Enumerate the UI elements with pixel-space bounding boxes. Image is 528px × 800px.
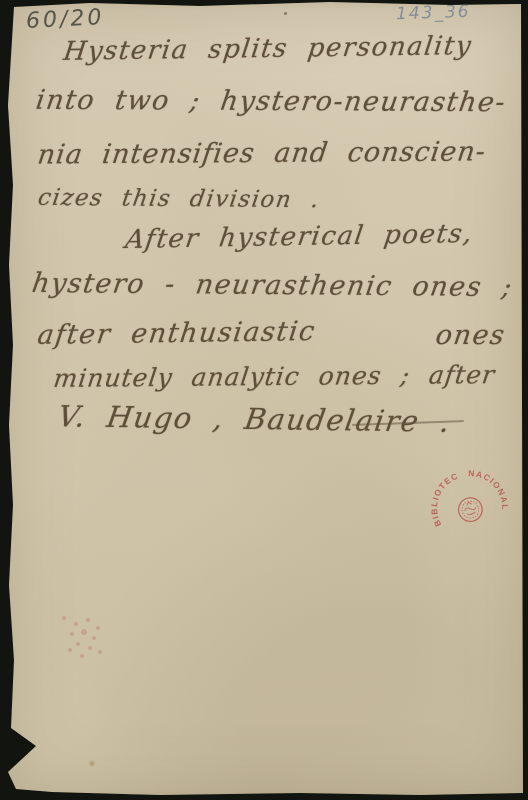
paper-sheet: 60/20 143_36 Hysteria splits personality… — [0, 0, 528, 800]
manuscript-line: cizes this division . — [36, 185, 322, 213]
manuscript-line: Hysteria splits personality — [62, 31, 474, 67]
stamp-text-left: BIBLIOTECA — [419, 460, 470, 529]
manuscript-line: V. Hugo , Baudelaire . — [56, 399, 454, 438]
manuscript-line: into two ; hystero-neurasthe- — [34, 85, 508, 118]
catalog-number-top-right: 143_36 — [396, 2, 471, 25]
ink-dot — [284, 12, 287, 15]
stamp-bleedthrough-mark — [62, 616, 66, 620]
manuscript-line: After hysterical poets, — [123, 219, 475, 255]
manuscript-line: hystero - neurasthenic ones ; — [30, 268, 515, 303]
manuscript-line: nia intensifies and conscien- — [36, 136, 488, 170]
fox-spot — [88, 760, 96, 767]
scanned-manuscript-page: 60/20 143_36 Hysteria splits personality… — [0, 0, 528, 800]
catalog-number-top-left: 60/20 — [25, 5, 105, 34]
manuscript-line: ones — [434, 320, 508, 351]
manuscript-line: minutely analytic ones ; after — [52, 360, 497, 393]
stamp-emblem-icon — [456, 495, 485, 524]
manuscript-line: after enthusiastic — [36, 316, 318, 351]
biblioteca-nacional-stamp: BIBLIOTECA NACIONAL — [419, 457, 521, 559]
stamp-graphic: BIBLIOTECA NACIONAL — [419, 457, 521, 559]
